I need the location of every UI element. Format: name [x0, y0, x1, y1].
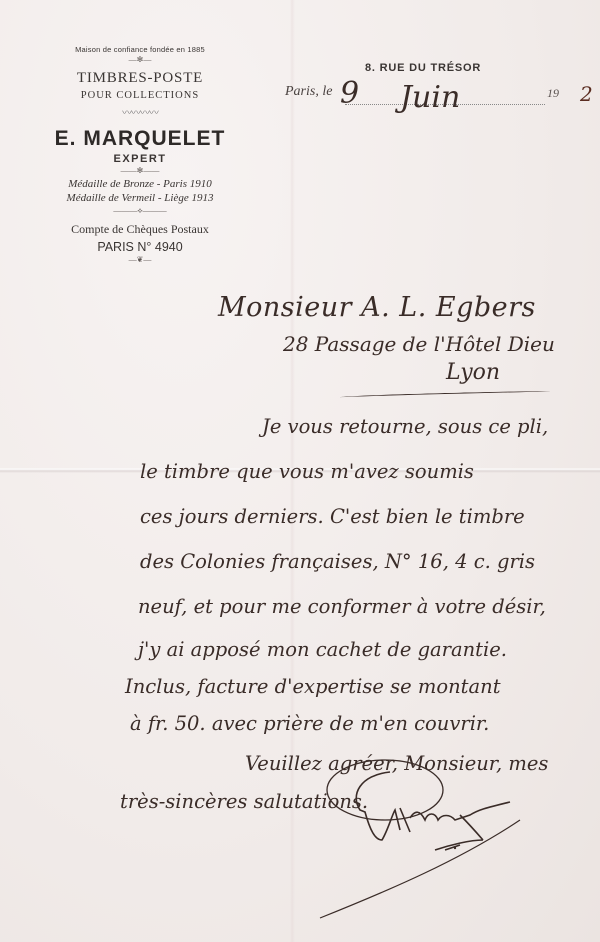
recipient-city: Lyon [446, 360, 500, 385]
letterhead: Maison de confiance fondée en 1885 —✻— T… [30, 40, 250, 266]
medal-line: Médaille de Vermeil - Liège 1913 [30, 191, 250, 205]
ornament-divider: ———⟡——— [30, 206, 250, 216]
body-line: Inclus, facture d'expertise se montant [125, 675, 501, 698]
body-line: le timbre que vous m'avez soumis [140, 460, 474, 483]
wavy-rule: 〰〰〰〰 [30, 104, 250, 119]
company-name: E. MARQUELET [30, 127, 250, 151]
recipient-street: 28 Passage de l'Hôtel Dieu [283, 332, 555, 356]
date-month: Juin [400, 80, 460, 115]
year-printed: 19 [547, 86, 559, 101]
business-name: TIMBRES-POSTE [30, 70, 250, 87]
body-line: Je vous retourne, sous ce pli, [262, 415, 548, 438]
ornament-divider: —❦— [30, 255, 250, 265]
business-subtitle: POUR COLLECTIONS [30, 90, 250, 101]
date-day: 9 [340, 76, 359, 111]
body-line: des Colonies françaises, N° 16, 4 c. gri… [140, 550, 535, 573]
ornament-divider: —✻— [30, 55, 250, 65]
date-year-digit: 2 [580, 82, 593, 106]
body-line: j'y ai apposé mon cachet de garantie. [138, 638, 507, 661]
medal-line: Médaille de Bronze - Paris 1910 [30, 177, 250, 191]
body-line: à fr. 50. avec prière de m'en couvrir. [130, 712, 489, 735]
body-line: neuf, et pour me conformer à votre désir… [138, 595, 546, 618]
cheques-label: Compte de Chèques Postaux [30, 222, 250, 237]
ornament-divider: ——✻—— [30, 166, 250, 176]
signature-flourish-icon [300, 740, 560, 940]
letterhead-tagline: Maison de confiance fondée en 1885 [30, 45, 250, 54]
recipient-name: Monsieur A. L. Egbers [218, 292, 536, 323]
street-address: 8. RUE DU TRÉSOR [365, 62, 481, 74]
body-line: ces jours derniers. C'est bien le timbre [140, 505, 525, 528]
dateline-prefix: Paris, le [285, 84, 332, 100]
company-title: EXPERT [30, 153, 250, 165]
cheques-account: PARIS N° 4940 [30, 240, 250, 254]
